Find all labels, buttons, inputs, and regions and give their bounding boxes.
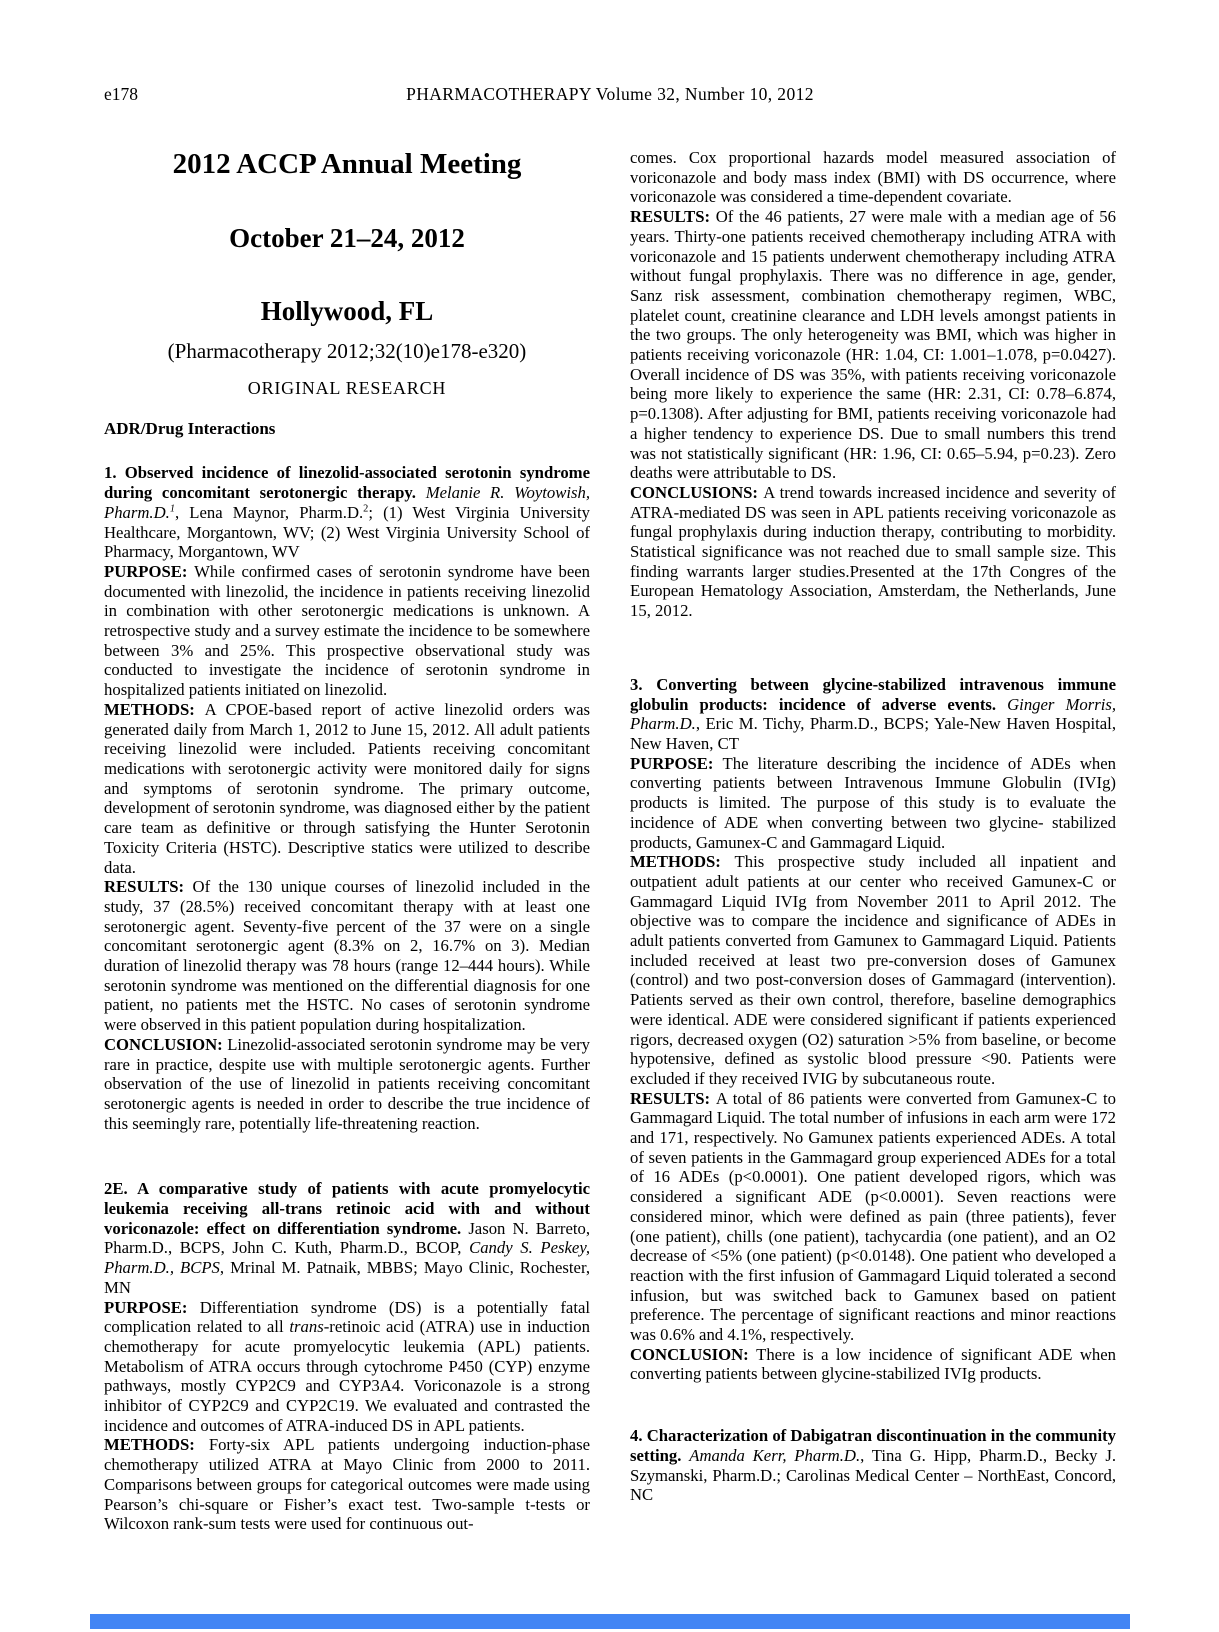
right-column: comes. Cox proportional hazards model me…: [630, 108, 1116, 1505]
abstract-2e-purpose: PURPOSE: Differentiation syndrome (DS) i…: [104, 1298, 590, 1436]
abstract-1-methods: METHODS: A CPOE-based report of active l…: [104, 700, 590, 877]
meeting-title: 2012 ACCP Annual Meeting: [104, 148, 590, 181]
abstract-2e-methods-continuation-run-0: comes. Cox proportional hazards model me…: [630, 148, 1116, 206]
abstract-3-conclusion: CONCLUSION: There is a low incidence of …: [630, 1345, 1116, 1384]
abstract-2e-purpose-run-0: PURPOSE:: [104, 1298, 200, 1317]
abstract-4-heading-run-1: Amanda Kerr, Pharm.D.: [689, 1446, 860, 1465]
abstract-1-purpose-run-0: PURPOSE:: [104, 562, 194, 581]
abstract-3-results-run-1: A total of 86 patients were converted fr…: [630, 1089, 1116, 1344]
abstract-1-results-run-1: Of the 130 unique courses of linezolid i…: [104, 877, 590, 1034]
abstract-2e-methods-continuation: comes. Cox proportional hazards model me…: [630, 148, 1116, 207]
abstract-2e-conclusions-run-0: CONCLUSIONS:: [630, 483, 763, 502]
meeting-location: Hollywood, FL: [104, 296, 590, 327]
abstract-1-methods-run-1: A CPOE-based report of active linezolid …: [104, 700, 590, 877]
abstract-2e-methods-run-0: METHODS:: [104, 1435, 209, 1454]
journal-page: e178 PHARMACOTHERAPY Volume 32, Number 1…: [0, 0, 1219, 1632]
left-column-abstracts: 1. Observed incidence of linezolid-assoc…: [104, 463, 590, 1534]
abstract-2e-conclusions-run-1: A trend towards increased incidence and …: [630, 483, 1116, 620]
running-head: e178 PHARMACOTHERAPY Volume 32, Number 1…: [104, 84, 1116, 108]
abstract-3-methods-run-0: METHODS:: [630, 852, 735, 871]
left-column: 2012 ACCP Annual Meeting October 21–24, …: [104, 108, 590, 1534]
abstract-3-methods: METHODS: This prospective study included…: [630, 852, 1116, 1088]
abstract-1-purpose: PURPOSE: While confirmed cases of seroto…: [104, 562, 590, 700]
abstract-2e-results-run-1: Of the 46 patients, 27 were male with a …: [630, 207, 1116, 482]
abstract-3-conclusion-run-0: CONCLUSION:: [630, 1345, 756, 1364]
abstract-1-results: RESULTS: Of the 130 unique courses of li…: [104, 877, 590, 1035]
abstract-1-conclusion-run-0: CONCLUSION:: [104, 1035, 227, 1054]
abstract-1-purpose-run-1: While confirmed cases of serotonin syndr…: [104, 562, 590, 699]
abstract-1-heading-run-3: , Lena Maynor, Pharm.D.: [175, 503, 363, 522]
abstract-2e-results-run-0: RESULTS:: [630, 207, 716, 226]
page-number: e178: [104, 84, 138, 105]
abstract-3-heading: 3. Converting between glycine-stabilized…: [630, 675, 1116, 754]
meeting-dates: October 21–24, 2012: [104, 223, 590, 254]
abstract-3-methods-run-1: This prospective study included all inpa…: [630, 852, 1116, 1088]
abstract-4-heading: 4. Characterization of Dabigatran discon…: [630, 1426, 1116, 1505]
abstract-3-results: RESULTS: A total of 86 patients were con…: [630, 1089, 1116, 1345]
abstract-2e-methods: METHODS: Forty-six APL patients undergoi…: [104, 1435, 590, 1534]
section-heading: ORIGINAL RESEARCH: [104, 378, 590, 399]
two-column-layout: 2012 ACCP Annual Meeting October 21–24, …: [104, 108, 1116, 1534]
abstract-1-conclusion: CONCLUSION: Linezolid-associated seroton…: [104, 1035, 590, 1134]
abstract-3-results-run-0: RESULTS:: [630, 1089, 716, 1108]
journal-citation: (Pharmacotherapy 2012;32(10)e178-e320): [104, 339, 590, 364]
abstract-3-heading-run-2: , Eric M. Tichy, Pharm.D., BCPS; Yale-Ne…: [630, 714, 1116, 753]
selection-highlight-bar: [90, 1614, 1130, 1629]
abstract-2e-results: RESULTS: Of the 46 patients, 27 were mal…: [630, 207, 1116, 483]
category-heading: ADR/Drug Interactions: [104, 419, 590, 439]
abstract-1-heading: 1. Observed incidence of linezolid-assoc…: [104, 463, 590, 562]
abstract-1-results-run-0: RESULTS:: [104, 877, 193, 896]
abstract-2e-heading: 2E. A comparative study of patients with…: [104, 1179, 590, 1297]
abstract-3-purpose: PURPOSE: The literature describing the i…: [630, 754, 1116, 853]
abstract-1-methods-run-0: METHODS:: [104, 700, 205, 719]
meeting-masthead: 2012 ACCP Annual Meeting October 21–24, …: [104, 148, 590, 399]
abstract-3-purpose-run-0: PURPOSE:: [630, 754, 723, 773]
abstract-2e-purpose-run-2: trans: [289, 1317, 323, 1336]
abstract-2e-conclusions: CONCLUSIONS: A trend towards increased i…: [630, 483, 1116, 621]
journal-title: PHARMACOTHERAPY Volume 32, Number 10, 20…: [104, 84, 1116, 105]
